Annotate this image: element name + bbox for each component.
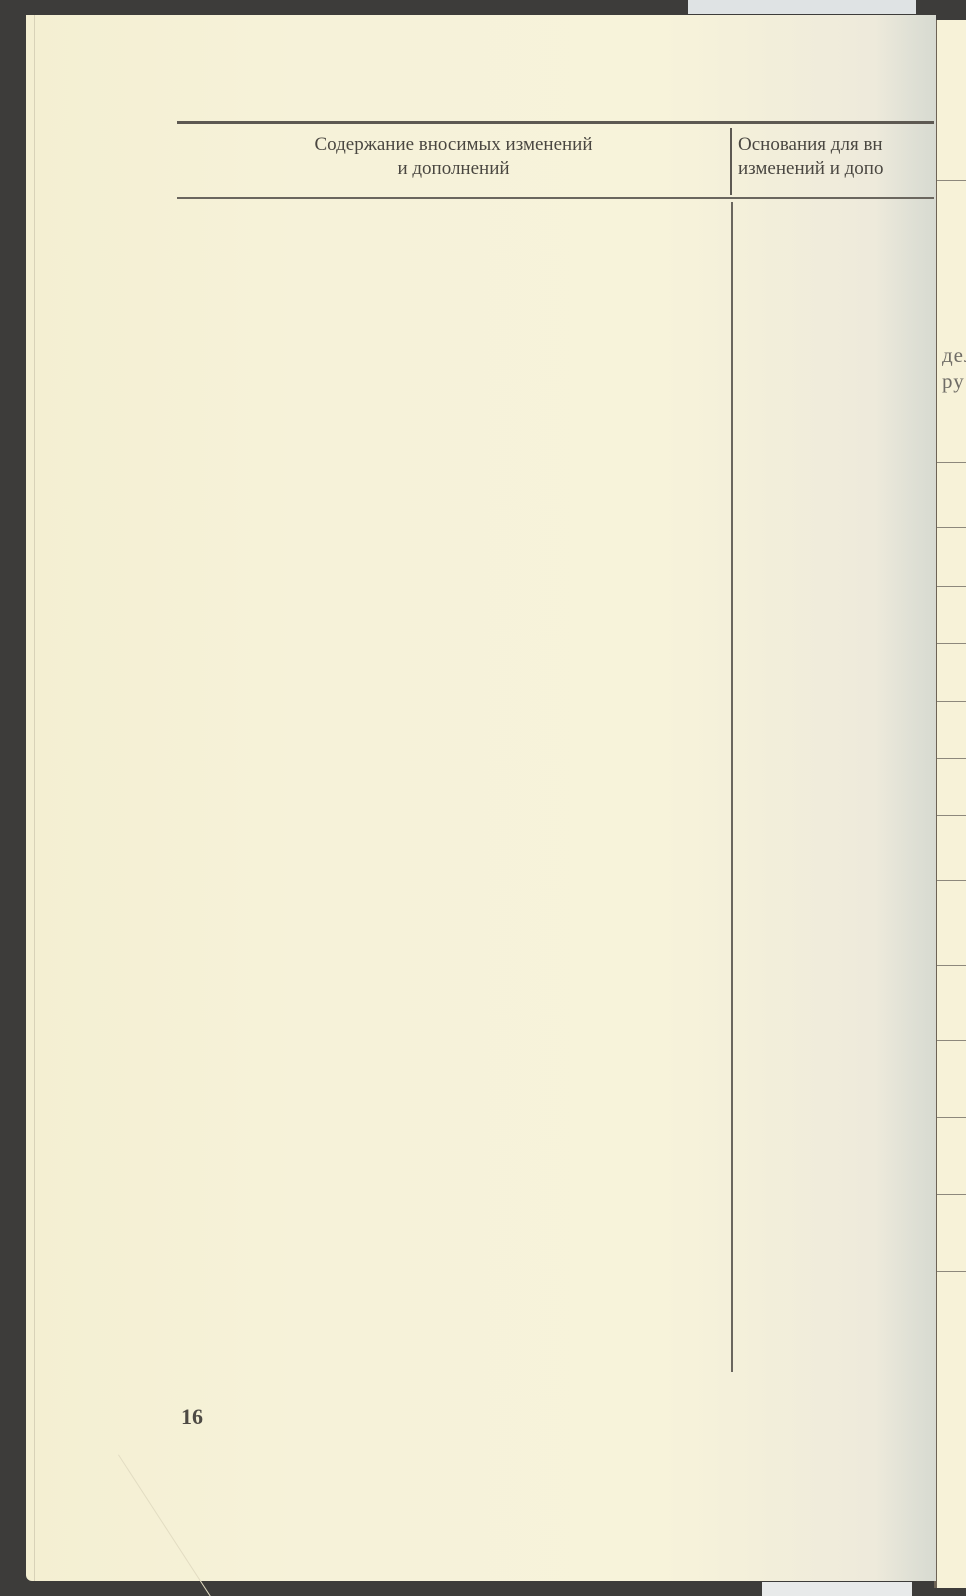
- facing-page: дел ру: [934, 20, 966, 1588]
- column-header-line: и дополнений: [177, 157, 730, 181]
- facing-page-rule: [937, 1271, 966, 1272]
- facing-page-rule: [937, 180, 966, 181]
- facing-page-rule: [937, 643, 966, 644]
- column-header-line: Содержание вносимых изменений: [177, 133, 730, 157]
- facing-page-fragment: ру: [942, 369, 965, 394]
- background-strip-bottom: [762, 1582, 912, 1596]
- facing-page-rule: [937, 815, 966, 816]
- column-divider-body: [731, 202, 733, 1372]
- table-top-rule: [177, 121, 934, 124]
- facing-page-rule: [937, 880, 966, 881]
- page-fold-crease: [118, 1454, 211, 1596]
- column-header-line: изменений и допо: [738, 157, 934, 181]
- column-header-grounds: Основания для вн изменений и допо: [738, 133, 934, 181]
- facing-page-rule: [937, 965, 966, 966]
- facing-page-rule: [937, 758, 966, 759]
- facing-page-rule: [937, 462, 966, 463]
- column-divider-header: [730, 128, 732, 195]
- scan-scene: дел ру Содержание вносимых изменений и д…: [0, 0, 966, 1596]
- table-header-rule: [177, 197, 934, 199]
- column-header-line: Основания для вн: [738, 133, 934, 157]
- background-strip-top: [688, 0, 916, 14]
- column-header-changes: Содержание вносимых изменений и дополнен…: [177, 133, 730, 181]
- facing-page-rule: [937, 1194, 966, 1195]
- page-number: 16: [181, 1404, 203, 1430]
- facing-page-rule: [937, 701, 966, 702]
- facing-page-rule: [937, 586, 966, 587]
- facing-page-fragment: дел: [942, 343, 966, 368]
- document-page: [26, 15, 936, 1581]
- page-curl-shadow: [876, 15, 936, 1581]
- facing-page-rule: [937, 527, 966, 528]
- page-inner-edge: [34, 15, 35, 1581]
- facing-page-rule: [937, 1117, 966, 1118]
- facing-page-rule: [937, 1040, 966, 1041]
